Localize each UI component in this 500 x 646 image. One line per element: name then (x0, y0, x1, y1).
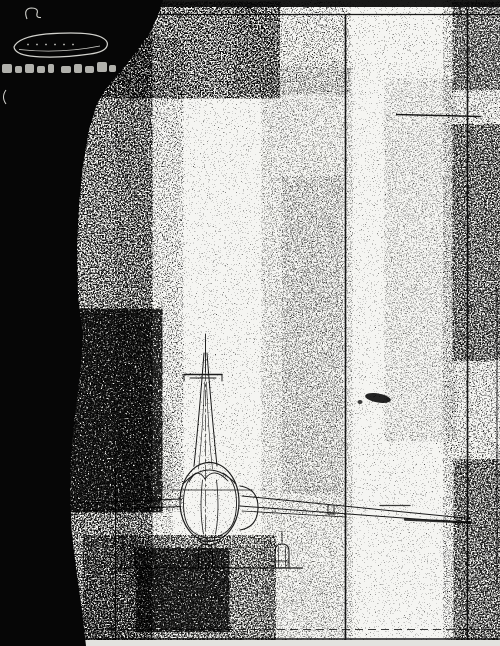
illegible-caption-glyph (109, 65, 116, 72)
illegible-caption-glyph (85, 66, 94, 73)
airship-window-dot (63, 44, 65, 46)
airship-window-dot (36, 44, 38, 46)
illegible-caption-glyph (25, 64, 34, 73)
illegible-caption-glyph (48, 64, 54, 73)
right-border-dense-b (456, 468, 500, 646)
airship-window-dot (72, 44, 74, 46)
right-col (388, 95, 452, 425)
drawing-canvas (0, 0, 500, 646)
illegible-caption-glyph (74, 64, 82, 73)
illegible-caption-glyph (97, 62, 107, 72)
right-border-dense-a (455, 135, 500, 350)
airship-window-dot (27, 44, 29, 46)
right-top-corner (455, 6, 500, 86)
scanned-page (0, 0, 500, 646)
illegible-caption-glyph (2, 64, 12, 73)
illegible-caption-glyph (37, 66, 45, 73)
top-mid (240, 6, 345, 90)
airship-window-dot (54, 44, 56, 46)
illegible-caption-glyph (15, 66, 22, 73)
bottom-mid-grain (150, 580, 350, 640)
top-right-band (345, 8, 463, 78)
airship-window-dot (45, 44, 47, 46)
mid-column-dense (285, 190, 340, 480)
illegible-caption-glyph (61, 66, 71, 73)
